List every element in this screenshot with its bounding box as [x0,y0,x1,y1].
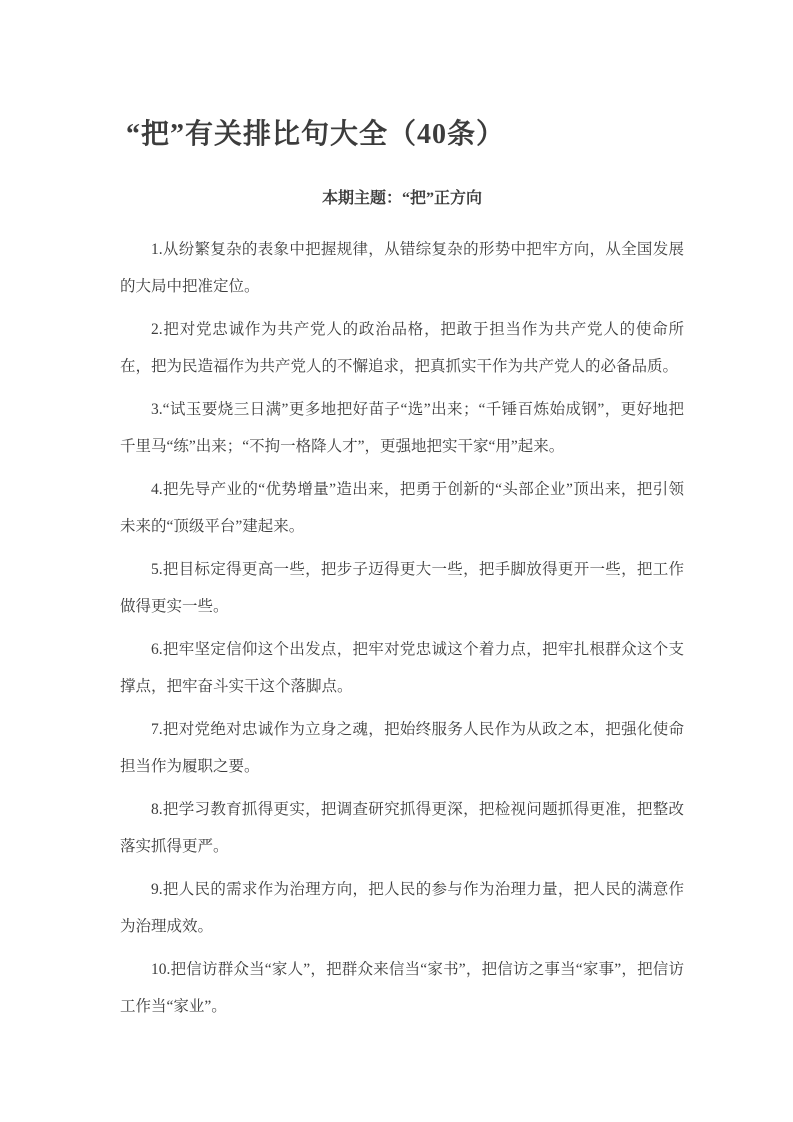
list-item: 1.从纷繁复杂的表象中把握规律，从错综复杂的形势中把牢方向，从全国发展的大局中把… [120,231,684,305]
document-content: “把”有关排比句大全（40条） 本期主题：“把”正方向 1.从纷繁复杂的表象中把… [120,0,684,1031]
list-item: 10.把信访群众当“家人”，把群众来信当“家书”，把信访之事当“家事”，把信访工… [120,951,684,1025]
list-item: 3.“试玉要烧三日满”更多地把好苗子“选”出来；“千锤百炼始成钢”，更好地把千里… [120,391,684,465]
page-title: “把”有关排比句大全（40条） [126,116,684,154]
list-item: 8.把学习教育抓得更实，把调查研究抓得更深，把检视问题抓得更准，把整改落实抓得更… [120,791,684,865]
list-item: 7.把对党绝对忠诚作为立身之魂，把始终服务人民作为从政之本，把强化使命担当作为履… [120,711,684,785]
document-page: “把”有关排比句大全（40条） 本期主题：“把”正方向 1.从纷繁复杂的表象中把… [0,0,793,1122]
list-item: 6.把牢坚定信仰这个出发点，把牢对党忠诚这个着力点，把牢扎根群众这个支撑点，把牢… [120,631,684,705]
paragraph-list: 1.从纷繁复杂的表象中把握规律，从错综复杂的形势中把牢方向，从全国发展的大局中把… [120,231,684,1025]
topic-subtitle: 本期主题：“把”正方向 [120,188,684,210]
list-item: 2.把对党忠诚作为共产党人的政治品格，把敢于担当作为共产党人的使命所在，把为民造… [120,311,684,385]
list-item: 4.把先导产业的“优势增量”造出来，把勇于创新的“头部企业”顶出来，把引领未来的… [120,471,684,545]
list-item: 5.把目标定得更高一些，把步子迈得更大一些，把手脚放得更开一些，把工作做得更实一… [120,551,684,625]
list-item: 9.把人民的需求作为治理方向，把人民的参与作为治理力量，把人民的满意作为治理成效… [120,871,684,945]
